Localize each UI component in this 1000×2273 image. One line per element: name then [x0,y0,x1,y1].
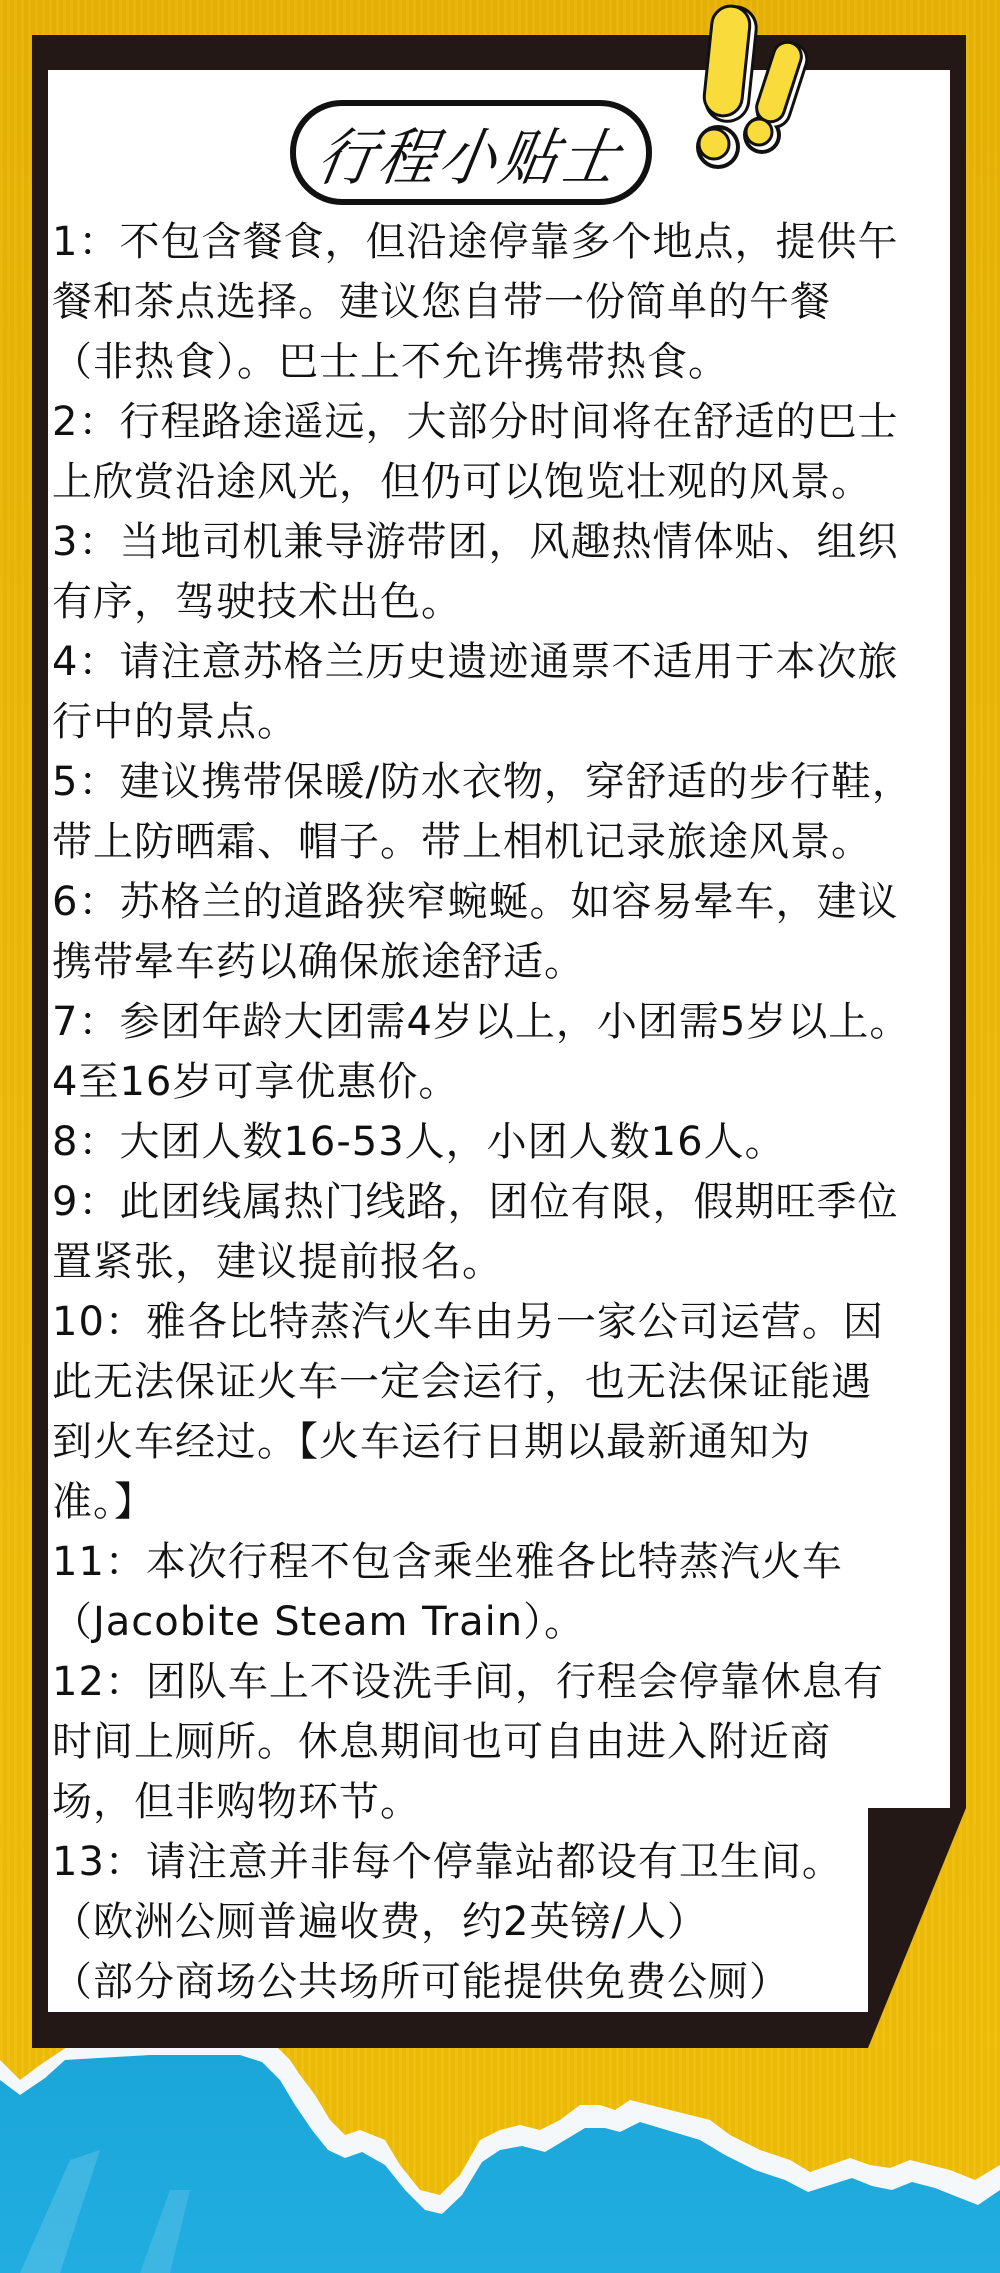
tip-text: 12：团队车上不设洗手间，行程会停靠休息有 [52,1652,952,1712]
tip-text: 场，但非购物环节。 [52,1772,952,1832]
tip-text: 携带晕车药以确保旅途舒适。 [52,932,952,992]
tip-text: 5：建议携带保暖/防水衣物，穿舒适的步行鞋， [52,752,952,812]
tip-text: 6：苏格兰的道路狭窄蜿蜒。如容易晕车，建议 [52,872,952,932]
tip-text: （Jacobite Steam Train）。 [52,1592,952,1652]
tip-text: 有序，驾驶技术出色。 [52,572,952,632]
tip-text: （非热食）。巴士上不允许携带热食。 [52,332,952,392]
tip-text: （部分商场公共场所可能提供免费公厕） [52,1952,952,2012]
tip-text: 此无法保证火车一定会运行，也无法保证能遇 [52,1352,952,1412]
tip-text: （欧洲公厕普遍收费，约2英镑/人） [52,1892,952,1952]
tip-text: 4：请注意苏格兰历史遗迹通票不适用于本次旅 [52,632,952,692]
double-exclamation-icon [680,0,830,170]
tip-item-1: 1：不包含餐食，但沿途停靠多个地点，提供午 餐和茶点选择。建议您自带一份简单的午… [52,212,952,392]
tip-text: 13：请注意并非每个停靠站都设有卫生间。 [52,1832,952,1892]
tip-text: 1：不包含餐食，但沿途停靠多个地点，提供午 [52,212,952,272]
tip-item-12: 12：团队车上不设洗手间，行程会停靠休息有 时间上厕所。休息期间也可自由进入附近… [52,1652,952,1832]
tip-text: 11：本次行程不包含乘坐雅各比特蒸汽火车 [52,1532,952,1592]
tip-item-7: 7：参团年龄大团需4岁以上，小团需5岁以上。 4至16岁可享优惠价。 [52,992,952,1112]
tip-item-13: 13：请注意并非每个停靠站都设有卫生间。 （欧洲公厕普遍收费，约2英镑/人） （… [52,1832,952,2012]
tip-text: 8：大团人数16-53人，小团人数16人。 [52,1112,952,1172]
tip-text: 2：行程路途遥远，大部分时间将在舒适的巴士 [52,392,952,452]
tip-text: 行中的景点。 [52,692,952,752]
tip-text: 10：雅各比特蒸汽火车由另一家公司运营。因 [52,1292,952,1352]
tip-text: 4至16岁可享优惠价。 [52,1052,952,1112]
tip-item-11: 11：本次行程不包含乘坐雅各比特蒸汽火车 （Jacobite Steam Tra… [52,1532,952,1652]
tip-item-5: 5：建议携带保暖/防水衣物，穿舒适的步行鞋， 带上防晒霜、帽子。带上相机记录旅途… [52,752,952,872]
tip-text: 到火车经过。【火车运行日期以最新通知为 [52,1412,952,1472]
tip-text: 时间上厕所。休息期间也可自由进入附近商 [52,1712,952,1772]
tip-item-6: 6：苏格兰的道路狭窄蜿蜒。如容易晕车，建议 携带晕车药以确保旅途舒适。 [52,872,952,992]
tip-item-2: 2：行程路途遥远，大部分时间将在舒适的巴士 上欣赏沿途风光，但仍可以饱览壮观的风… [52,392,952,512]
title-badge: 行程小贴士 [290,100,652,205]
tip-text: 置紧张，建议提前报名。 [52,1232,952,1292]
tip-item-9: 9：此团线属热门线路，团位有限，假期旺季位 置紧张，建议提前报名。 [52,1172,952,1292]
tips-list: 1：不包含餐食，但沿途停靠多个地点，提供午 餐和茶点选择。建议您自带一份简单的午… [52,212,952,2012]
tip-item-3: 3：当地司机兼导游带团，风趣热情体贴、组织 有序，驾驶技术出色。 [52,512,952,632]
tip-item-8: 8：大团人数16-53人，小团人数16人。 [52,1112,952,1172]
tip-text: 准。】 [52,1472,952,1532]
tip-text: 带上防晒霜、帽子。带上相机记录旅途风景。 [52,812,952,872]
page-title: 行程小贴士 [311,108,630,197]
tip-text: 上欣赏沿途风光，但仍可以饱览壮观的风景。 [52,452,952,512]
tip-text: 餐和茶点选择。建议您自带一份简单的午餐 [52,272,952,332]
tip-text: 3：当地司机兼导游带团，风趣热情体贴、组织 [52,512,952,572]
tip-text: 9：此团线属热门线路，团位有限，假期旺季位 [52,1172,952,1232]
tip-item-4: 4：请注意苏格兰历史遗迹通票不适用于本次旅 行中的景点。 [52,632,952,752]
tip-item-10: 10：雅各比特蒸汽火车由另一家公司运营。因 此无法保证火车一定会运行，也无法保证… [52,1292,952,1532]
tip-text: 7：参团年龄大团需4岁以上，小团需5岁以上。 [52,992,952,1052]
